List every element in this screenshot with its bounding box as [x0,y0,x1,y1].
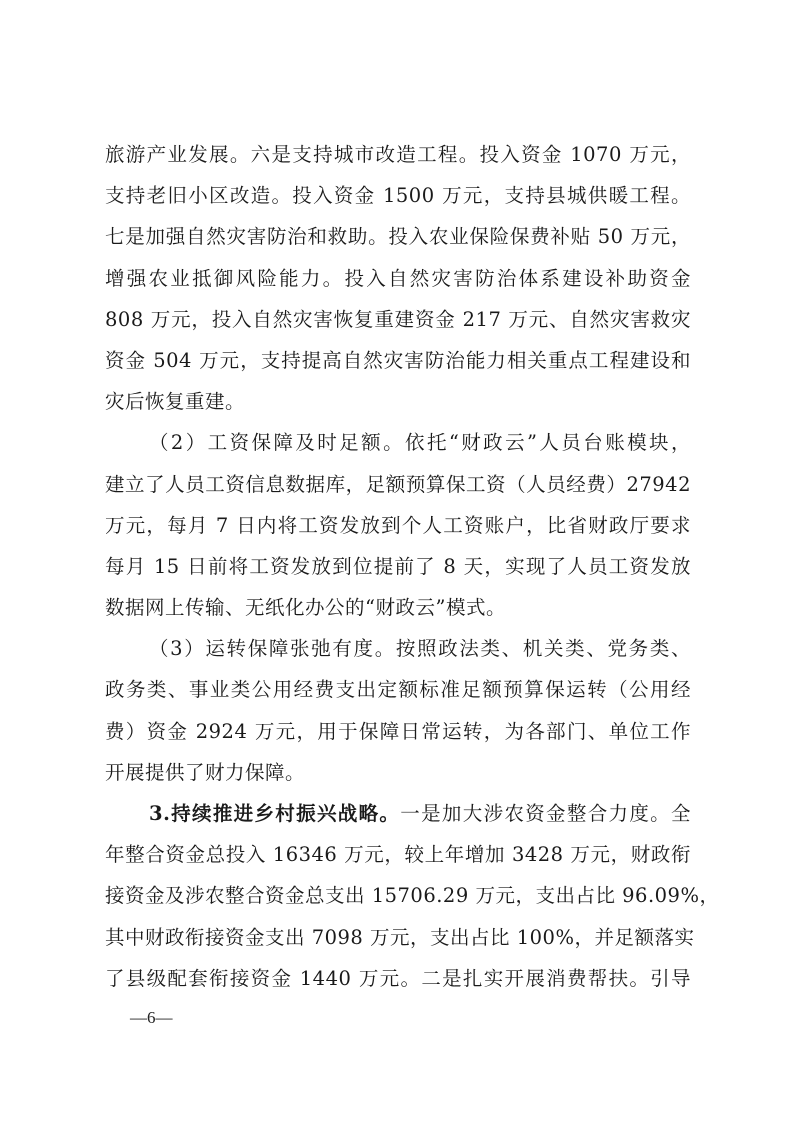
text-line: 旅游产业发展。六是支持城市改造工程。投入资金 1070 万元， [105,134,691,175]
text-line: 七是加强自然灾害防治和救助。投入农业保险保费补贴 50 万元， [105,216,691,257]
text-line: 资金 504 万元，支持提高自然灾害防治能力相关重点工程建设和 [105,340,691,381]
document-page: 旅游产业发展。六是支持城市改造工程。投入资金 1070 万元， 支持老旧小区改造… [0,0,793,1122]
text-line: 数据网上传输、无纸化办公的“财政云”模式。 [105,587,691,628]
paragraph-city-renovation-disaster-relief: 旅游产业发展。六是支持城市改造工程。投入资金 1070 万元， 支持老旧小区改造… [105,134,691,422]
text-line: 其中财政衔接资金支出 7098 万元，支出占比 100%，并足额落实 [105,917,691,958]
section-heading: 3.持续推进乡村振兴战略。 [149,802,400,825]
paragraph-wage-guarantee: （2）工资保障及时足额。依托“财政云”人员台账模块， 建立了人员工资信息数据库，… [105,422,691,628]
text-line: 建立了人员工资信息数据库，足额预算保工资（人员经费）27942 [105,464,691,505]
text-line: 灾后恢复重建。 [105,381,691,422]
text-line: （2）工资保障及时足额。依托“财政云”人员台账模块， [105,422,691,463]
text-line: 支持老旧小区改造。投入资金 1500 万元，支持县城供暖工程。 [105,175,691,216]
text-line: 费）资金 2924 万元，用于保障日常运转，为各部门、单位工作 [105,711,691,752]
text-line: 了县级配套衔接资金 1440 万元。二是扎实开展消费帮扶。引导 [105,958,691,999]
text-line: 开展提供了财力保障。 [105,752,691,793]
text-line: 每月 15 日前将工资发放到位提前了 8 天，实现了人员工资发放 [105,546,691,587]
page-number: —6— [130,1006,173,1030]
text-line: 年整合资金总投入 16346 万元，较上年增加 3428 万元，财政衔 [105,834,691,875]
text-line: 政务类、事业类公用经费支出定额标准足额预算保运转（公用经 [105,669,691,710]
paragraph-operation-guarantee: （3）运转保障张弛有度。按照政法类、机关类、党务类、 政务类、事业类公用经费支出… [105,628,691,793]
text-line: 增强农业抵御风险能力。投入自然灾害防治体系建设补助资金 [105,258,691,299]
text-line: 3.持续推进乡村振兴战略。一是加大涉农资金整合力度。全 [105,793,691,834]
text-line: （3）运转保障张弛有度。按照政法类、机关类、党务类、 [105,628,691,669]
paragraph-rural-revitalization: 3.持续推进乡村振兴战略。一是加大涉农资金整合力度。全 年整合资金总投入 163… [105,793,691,999]
text-line: 808 万元，投入自然灾害恢复重建资金 217 万元、自然灾害救灾 [105,299,691,340]
document-body: 旅游产业发展。六是支持城市改造工程。投入资金 1070 万元， 支持老旧小区改造… [105,134,691,999]
text-line: 万元，每月 7 日内将工资发放到个人工资账户，比省财政厅要求 [105,505,691,546]
text-line: 接资金及涉农整合资金总支出 15706.29 万元，支出占比 96.09%， [105,875,691,916]
heading-followup-text: 一是加大涉农资金整合力度。全 [400,802,691,825]
